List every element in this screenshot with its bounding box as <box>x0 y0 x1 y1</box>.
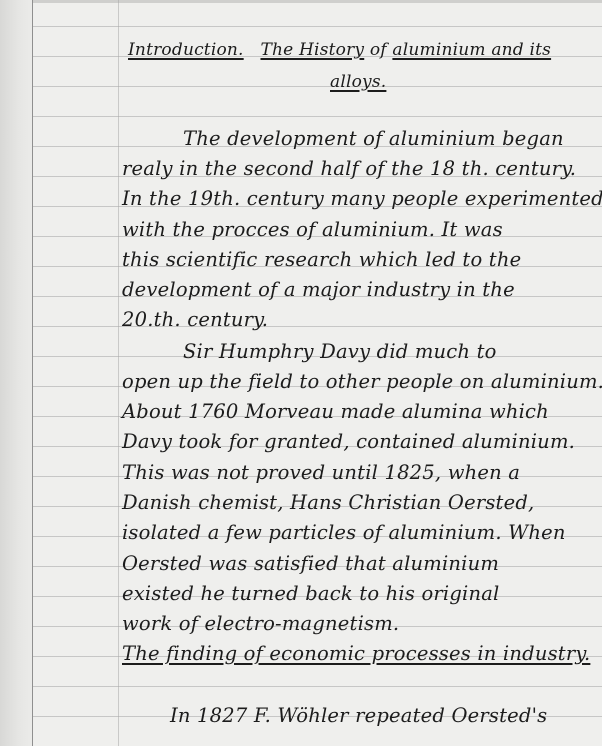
text-line: 20.th. century. <box>122 308 268 331</box>
title-introduction: Introduction. <box>128 40 244 60</box>
text-line: isolated a few particles of aluminium. W… <box>122 521 566 544</box>
margin-line <box>32 0 33 746</box>
text-line: The development of aluminium began <box>183 127 564 150</box>
text-line: development of a major industry in the <box>122 278 515 301</box>
binding-shadow <box>0 0 32 746</box>
text-line: Sir Humphry Davy did much to <box>183 340 497 363</box>
text-line: About 1760 Morveau made alumina which <box>122 400 549 423</box>
page-top-edge <box>0 0 602 3</box>
section-subheading: The finding of economic processes in ind… <box>122 642 590 665</box>
text-line: In the 19th. century many people experim… <box>122 187 602 210</box>
text-line: with the procces of aluminium. It was <box>122 218 503 241</box>
page-title: Introduction. The History of aluminium a… <box>128 40 551 60</box>
text-line: Davy took for granted, contained alumini… <box>122 430 575 453</box>
text-line: This was not proved until 1825, when a <box>122 461 520 484</box>
text-line: this scientific research which led to th… <box>122 248 521 271</box>
notebook-page: Introduction. The History of aluminium a… <box>0 0 602 746</box>
title-the-history: The History <box>260 40 364 60</box>
title-aluminium: aluminium and its <box>392 40 551 60</box>
text-line: existed he turned back to his original <box>122 582 500 605</box>
text-line: open up the field to other people on alu… <box>122 370 602 393</box>
inner-margin-line <box>118 0 119 746</box>
text-line: Danish chemist, Hans Christian Oersted, <box>122 491 534 514</box>
text-line: realy in the second half of the 18 th. c… <box>122 157 576 180</box>
text-line: In 1827 F. Wöhler repeated Oersted's <box>170 704 547 727</box>
title-of: of <box>370 40 387 60</box>
page-title-line-2: alloys. <box>330 72 386 92</box>
text-line: work of electro-magnetism. <box>122 612 399 635</box>
text-line: Oersted was satisfied that aluminium <box>122 552 499 575</box>
